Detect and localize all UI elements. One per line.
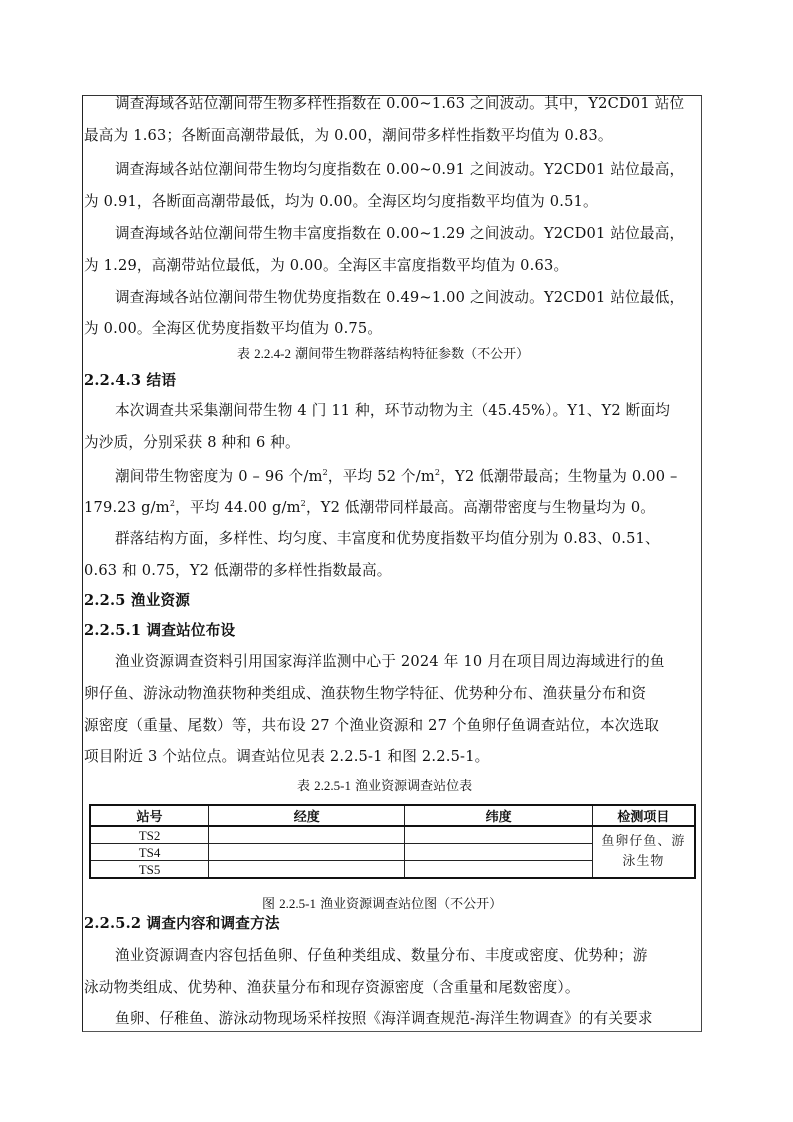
biomass-text-b: ，平均 44.00 g/m <box>175 499 301 516</box>
richness-paragraph-line-1: 调查海域各站位潮间带生物丰富度指数在 0.00~1.29 之间波动。Y2CD01… <box>115 224 684 244</box>
conclusion-paragraph-1-line-2: 为沙质，分别采获 8 种和 6 种。 <box>84 433 300 453</box>
diversity-paragraph-line-1: 调查海域各站位潮间带生物多样性指数在 0.00~1.63 之间波动。其中，Y2C… <box>115 94 684 114</box>
longitude-cell <box>209 861 405 879</box>
section-heading-2-2-4-3: 2.2.4.3 结语 <box>84 371 176 391</box>
conclusion-paragraph-3-line-2: 0.63 和 0.75，Y2 低潮带的多样性指数最高。 <box>84 561 392 581</box>
latitude-cell <box>405 826 592 844</box>
table-caption-2-2-4-2: 表 2.2.4-2 潮间带生物群落结构特征参数（不公开） <box>237 345 529 364</box>
header-station: 站号 <box>90 805 209 826</box>
caption-prefix: 表 <box>297 779 314 794</box>
station-layout-paragraph-line-2: 卵仔鱼、游泳动物渔获物种类组成、渔获物生物学特征、优势种分布、渔获量分布和资 <box>84 684 646 704</box>
density-text-a: 潮间带生物密度为 0 – 96 个/m <box>115 468 323 485</box>
station-layout-paragraph-line-3: 源密度（重量、尾数）等，共布设 27 个渔业资源和 27 个鱼卵仔鱼调查站位，本… <box>84 716 659 736</box>
dominance-paragraph-line-2: 为 0.00。全海区优势度指数平均值为 0.75。 <box>84 319 382 339</box>
biomass-text-c: ，Y2 低潮带同样最高。高潮带密度与生物量均为 0。 <box>306 499 655 516</box>
method-paragraph-1-line-2: 泳动物类组成、优势种、渔获量分布和现存资源密度（含重量和尾数密度）。 <box>84 978 580 998</box>
method-paragraph-2-line-1: 鱼卵、仔稚鱼、游泳动物现场采样按照《海洋调查规范-海洋生物调查》的有关要求 <box>115 1009 653 1029</box>
diversity-paragraph-line-2: 最高为 1.63；各断面高潮带最低，为 0.00，潮间带多样性指数平均值为 0.… <box>84 126 613 146</box>
section-heading-2-2-5-2: 2.2.5.2 调查内容和调查方法 <box>84 914 280 934</box>
evenness-paragraph-line-2: 为 0.91，各断面高潮带最低，均为 0.00。全海区均匀度指数平均值为 0.5… <box>84 192 598 212</box>
evenness-paragraph-line-1: 调查海域各站位潮间带生物均匀度指数在 0.00~0.91 之间波动。Y2CD01… <box>115 160 684 180</box>
monitoring-item-cell: 鱼卵仔鱼、游 泳生物 <box>592 826 695 878</box>
longitude-cell <box>209 826 405 844</box>
station-cell: TS5 <box>90 861 209 879</box>
density-text-b: ，平均 52 个/m <box>328 468 435 485</box>
caption-number: 2.2.4-2 <box>254 346 291 361</box>
header-monitoring-item: 检测项目 <box>592 805 695 826</box>
station-layout-paragraph-line-4: 项目附近 3 个站位点。调查站位见表 2.2.5-1 和图 2.2.5-1。 <box>84 747 489 767</box>
density-text-c: ，Y2 低潮带最高；生物量为 0.00 – <box>440 468 677 485</box>
station-cell: TS2 <box>90 826 209 844</box>
header-longitude: 经度 <box>209 805 405 826</box>
method-paragraph-1-line-1: 渔业资源调查内容包括鱼卵、仔鱼种类组成、数量分布、丰度或密度、优势种；游 <box>115 946 648 966</box>
conclusion-paragraph-2-line-1: 潮间带生物密度为 0 – 96 个/m2，平均 52 个/m2，Y2 低潮带最高… <box>115 467 678 487</box>
section-heading-2-2-5: 2.2.5 渔业资源 <box>84 591 190 611</box>
biomass-text-a: 179.23 g/m <box>84 499 170 516</box>
caption-prefix: 表 <box>237 347 254 362</box>
table-row: TS2 鱼卵仔鱼、游 泳生物 <box>90 826 695 844</box>
monitoring-item-line-1: 鱼卵仔鱼、游 <box>593 832 694 852</box>
richness-paragraph-line-2: 为 1.29，高潮带站位最低，为 0.00。全海区丰富度指数平均值为 0.63。 <box>84 256 568 276</box>
station-layout-paragraph-line-1: 渔业资源调查资料引用国家海洋监测中心于 2024 年 10 月在项目周边海域进行… <box>115 652 665 672</box>
caption-number: 2.2.5-1 <box>314 778 351 793</box>
latitude-cell <box>405 844 592 861</box>
conclusion-paragraph-1-line-1: 本次调查共采集潮间带生物 4 门 11 种，环节动物为主（45.45%）。Y1、… <box>115 401 670 421</box>
section-heading-2-2-5-1: 2.2.5.1 调查站位布设 <box>84 621 235 641</box>
caption-prefix: 图 <box>262 897 279 912</box>
longitude-cell <box>209 844 405 861</box>
figure-caption-2-2-5-1: 图 2.2.5-1 渔业资源调查站位图（不公开） <box>262 895 502 914</box>
caption-title: 渔业资源调查站位图（不公开） <box>316 897 502 912</box>
monitoring-item-line-2: 泳生物 <box>593 852 694 872</box>
caption-number: 2.2.5-1 <box>279 896 316 911</box>
station-cell: TS4 <box>90 844 209 861</box>
header-latitude: 纬度 <box>405 805 592 826</box>
latitude-cell <box>405 861 592 879</box>
dominance-paragraph-line-1: 调查海域各站位潮间带生物优势度指数在 0.49~1.00 之间波动。Y2CD01… <box>115 288 684 308</box>
table-caption-2-2-5-1: 表 2.2.5-1 渔业资源调查站位表 <box>297 777 472 796</box>
table-header-row: 站号 经度 纬度 检测项目 <box>90 805 695 826</box>
conclusion-paragraph-2-line-2: 179.23 g/m2，平均 44.00 g/m2，Y2 低潮带同样最高。高潮带… <box>84 498 655 518</box>
conclusion-paragraph-3-line-1: 群落结构方面，多样性、均匀度、丰富度和优势度指数平均值分别为 0.83、0.51… <box>115 529 660 549</box>
station-table: 站号 经度 纬度 检测项目 TS2 鱼卵仔鱼、游 泳生物 TS4 TS5 <box>89 804 696 879</box>
caption-title: 潮间带生物群落结构特征参数（不公开） <box>291 347 529 362</box>
caption-title: 渔业资源调查站位表 <box>351 779 472 794</box>
